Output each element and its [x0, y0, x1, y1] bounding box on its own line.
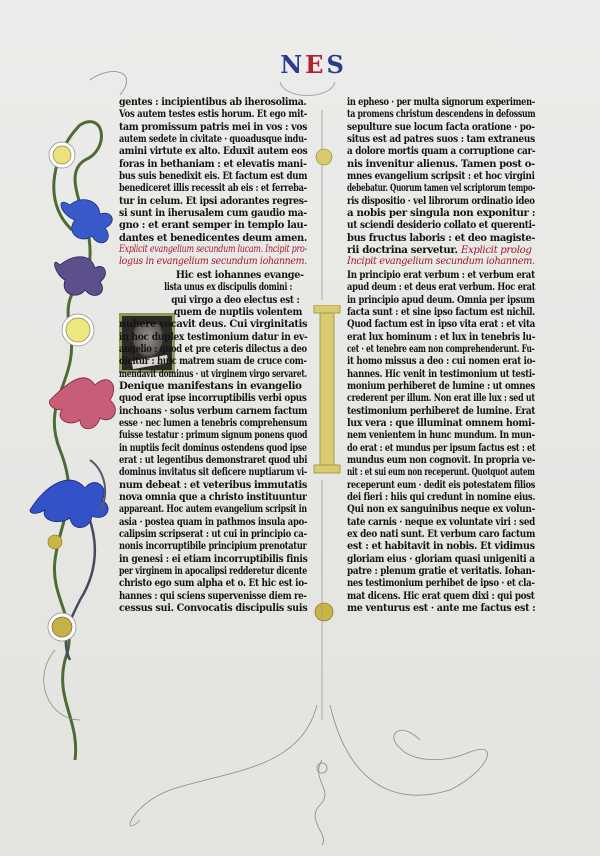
- text-line: in genesi : ei etiam incorruptibilis fin…: [119, 553, 288, 565]
- text-line: receperunt eum · dedit eis potestatem fi…: [347, 479, 497, 491]
- text-line: mundus eum non cognovit. In propria ve-: [347, 454, 505, 466]
- text-line: In principio erat verbum : et verbum era…: [347, 269, 506, 281]
- right-text-column: in epheso · per multa signorum experimen…: [347, 96, 535, 614]
- text-line: appareant. Hoc autem evangelium scripsit…: [119, 503, 265, 515]
- text-line: asia · postea quam in pathmos insula apo…: [119, 516, 275, 528]
- violet-acanthus: [55, 257, 106, 296]
- text-line: a nobis per singula non exponitur :: [347, 207, 535, 219]
- text-line: gno : et erant semper in templo lau-: [119, 219, 301, 231]
- text-line: it homo missus a deo : cui nomen erat io…: [347, 355, 506, 367]
- text-line: in epheso · per multa signorum experimen…: [347, 96, 499, 108]
- text-line: cessus sui. Convocatis discipulis suis: [119, 602, 297, 614]
- gold-dot-icon: [48, 535, 62, 549]
- text-line: Quod factum est in ipso vita erat : et v…: [347, 318, 508, 330]
- rubric-line: Incipit evangelium secundum iohannem.: [347, 256, 526, 268]
- running-head: N E S: [267, 50, 357, 80]
- text-line: amini virtute ex alto. Eduxit autem eos: [119, 145, 289, 157]
- text-line: quod erat ipse incorruptibilis verbi opu…: [119, 392, 282, 404]
- text-line: nit : et sui eum non receperunt. Quotquo…: [347, 466, 481, 478]
- text-line: nes testimonium perhibet de ipso · et cl…: [347, 577, 505, 589]
- text-line: ex deo nati sunt. Et verbum caro factum: [347, 528, 511, 540]
- text-line: christo ego sum alpha et o. Et hic est i…: [119, 577, 283, 589]
- flower-icon-2: [62, 314, 94, 346]
- text-line: inchoans · solus verbum carnem factum: [119, 405, 283, 417]
- text-line: erat lux hominum : et lux in tenebris lu…: [347, 331, 511, 343]
- text-line: Qui non ex sanguinibus neque ex volun-: [347, 503, 511, 515]
- text-line: nova omnia que a christo instituuntur: [119, 491, 291, 503]
- text-line: tate carnis · neque ex voluntate viri : …: [347, 516, 509, 528]
- text-line: hannes. Hic venit in testimonium ut test…: [347, 368, 504, 380]
- text-line: Vos autem testes estis horum. Et ego mit…: [119, 108, 277, 120]
- text-line: Hic est iohannes evange-: [119, 269, 297, 281]
- text-line: in nuptiis fecit dominus ostendens quod …: [119, 442, 265, 454]
- text-line: patre : plenum gratie et veritatis. Ioha…: [347, 565, 510, 577]
- text-line: debebatur. Quorum tamen vel scriptorum t…: [347, 182, 480, 194]
- text-line: ris dispositio · vel librorum ordinatio …: [347, 195, 505, 207]
- text-line: hannes : qui sciens supervenisse diem re…: [119, 590, 277, 602]
- text-line: dicitur : huic matrem suam de cruce com-: [119, 355, 275, 367]
- blue-acanthus-top: [61, 200, 112, 243]
- vine-stem: [54, 122, 102, 760]
- text-line: nis invenitur alienus. Tamen post o-: [347, 158, 530, 170]
- text-line: nem venientem in hunc mundum. In mun-: [347, 429, 501, 441]
- text-line: me venturus est · ante me factus est :: [347, 602, 523, 614]
- text-line: dei fieri : hiis qui credunt in nomine e…: [347, 491, 505, 503]
- text-line: facta sunt : et sine ipso factum est nic…: [347, 306, 506, 318]
- gold-dot-icon: [316, 149, 332, 165]
- pink-acanthus: [50, 378, 116, 429]
- text-line: bus fructus laboris : et deo magiste-: [347, 232, 529, 244]
- text-line: mendavit dominus · ut virginem virgo ser…: [119, 368, 259, 380]
- text-line: gloriam eius · gloriam quasi unigeniti a: [347, 553, 513, 565]
- text-line: calipsim scripserat : ut cui in principi…: [119, 528, 274, 540]
- text-line: fuisse testatur : primum signum ponens q…: [119, 429, 263, 441]
- text-line: tur in celum. Et ipsi adorantes regres-: [119, 195, 291, 207]
- text-line: monium perhiberet de lumine : ut omnes: [347, 380, 506, 392]
- text-line: mnes evangelium scripsit : et hoc virgin…: [347, 170, 508, 182]
- text-line: autem sedete in civitate · quoadusque in…: [119, 133, 269, 145]
- text-line: angelio : quod et pre ceteris dilectus a…: [119, 343, 273, 355]
- text-line: est : et habitavit in nobis. Et vidimus: [347, 540, 526, 552]
- text-line: testimonium perhiberet de lumine. Erat: [347, 405, 511, 417]
- text-line: erat : ut legentibus demonstraret quod u…: [119, 454, 273, 466]
- rubric-inline: Explicit prolog: [461, 245, 532, 256]
- running-head-letter-n: N: [280, 50, 302, 79]
- text-line: gentes : incipientibus ab iherosolima.: [119, 96, 293, 108]
- text-line: per virginem in apocalipsi redderetur di…: [119, 565, 263, 577]
- text-line: nonis incorruptibile principium prenotat…: [119, 540, 271, 552]
- text-line: quem de nuptiis volentem: [119, 306, 291, 318]
- text-line: num debeat : et veteribus immutatis: [119, 479, 299, 491]
- text-line: situs est ad patres suos : tam extraneus: [347, 133, 513, 145]
- running-head-letter-s: S: [326, 50, 343, 79]
- text-line: dominus invitatus sit deficere nuptiarum…: [119, 466, 268, 478]
- text-line: nubere vocavit deus. Cui virginitatis: [119, 318, 301, 330]
- gold-dot-icon: [315, 603, 333, 621]
- text-line: mat dicens. Hic erat quem dixi : qui pos…: [347, 590, 508, 602]
- left-text-column: gentes : incipientibus ab iherosolima. V…: [119, 96, 307, 614]
- text-line: a dolore mortis quam a corruptione car-: [347, 145, 511, 157]
- text-line: in hoc duplex testimonium datur in ev-: [119, 331, 288, 343]
- text-line: bus suis benedixit eis. Et factum est du…: [119, 170, 279, 182]
- text-line: lux vera : que illuminat omnem homi-: [347, 417, 521, 429]
- text-line: do erat : et mundus per ipsum factus est…: [347, 442, 496, 454]
- text-line: tam promissum patris mei in vos : vos: [119, 121, 292, 133]
- blue-acanthus-bottom: [30, 480, 108, 527]
- text-line: esse · nec lumen a tenebris comprehensum: [119, 417, 271, 429]
- text-line: in principio apud deum. Omnia per ipsum: [347, 294, 503, 306]
- text-line: qui virgo a deo electus est :: [119, 294, 283, 306]
- text-line: dantes et benedicentes deum amen.: [119, 232, 301, 244]
- manuscript-page: N E S: [0, 0, 600, 856]
- running-head-letter-e: E: [305, 50, 323, 79]
- text-line: crederent per illum. Non erat ille lux :…: [347, 392, 494, 404]
- text-line: lista unus ex discipulis domini :: [119, 281, 261, 293]
- text-line: sepulture sue locum facta oratione · po-: [347, 121, 511, 133]
- flower-icon-3: [48, 613, 76, 641]
- text-line: cet · et tenebre eam non comprehenderunt…: [347, 343, 485, 355]
- text-fragment: rii doctrina servetur.: [347, 244, 458, 256]
- text-line: ta promens christum descendens in defoss…: [347, 108, 490, 120]
- flower-icon-1: [49, 142, 75, 168]
- gilded-initial-i: [312, 305, 342, 475]
- rubric-line: Explicit evangelium secundum lucam. Inci…: [119, 244, 266, 256]
- text-line-with-rubric: rii doctrina servetur. Explicit prolog: [347, 244, 535, 256]
- text-line: benediceret illis recessit ab eis : et f…: [119, 182, 271, 194]
- text-line: si sunt in iherusalem cum gaudio ma-: [119, 207, 292, 219]
- rubric-line: logus in evangelium secundum iohannem.: [119, 256, 292, 268]
- text-line: ut sciendi desiderio collato et querenti…: [347, 219, 514, 231]
- text-line: Denique manifestans in evangelio: [119, 380, 307, 392]
- text-line: foras in bethaniam : et elevatis mani-: [119, 158, 295, 170]
- text-line: apud deum : et deus erat verbum. Hoc era…: [347, 281, 500, 293]
